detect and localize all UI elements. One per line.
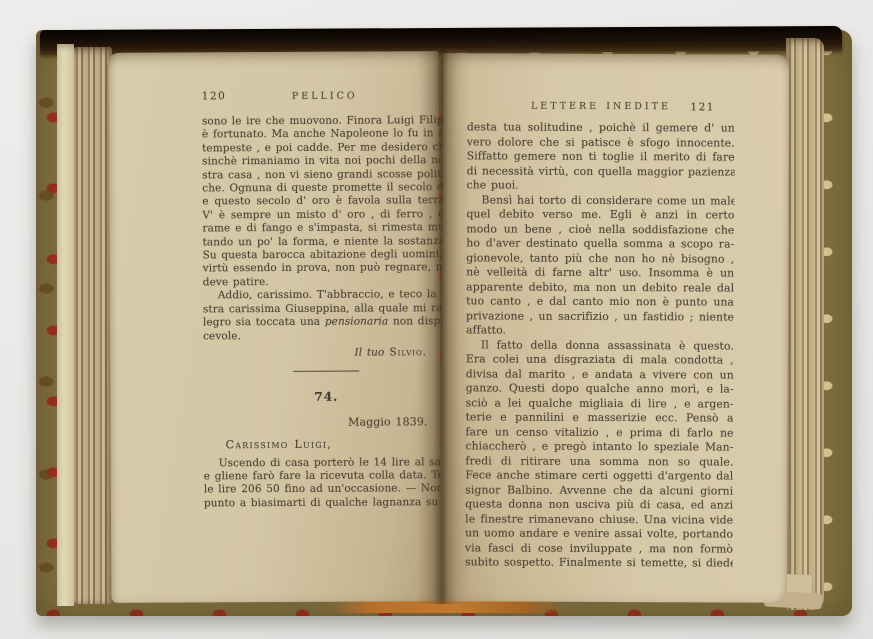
left-text-column: 120 PELLICO sono le ire che muovono. Fin… <box>202 89 450 510</box>
right-paragraph-3: Il fatto della donna assassinata è quest… <box>465 338 734 571</box>
text-line: Fece anche stimare certi oggetti d'argen… <box>465 468 733 484</box>
letter-date: Maggio 1839. <box>203 415 449 430</box>
text-line: modo un bene , cioè nella soddisfazione … <box>466 222 734 238</box>
text-line: divisa dal marito , e andata a vivere co… <box>466 367 734 383</box>
text-line: sinchè rimaniamo in vita noi pochi della… <box>202 154 448 169</box>
text-line: ho d'aver destinato quella somma a scopo… <box>466 236 734 252</box>
text-segment: legro sia toccata una <box>203 316 325 329</box>
signature-name: Silvio. <box>389 346 427 358</box>
text-line: via fasci di cose inviluppate , ma non f… <box>465 541 733 557</box>
text-line: di necessità virtù, con quella maggior p… <box>467 164 735 180</box>
text-line: punto a biasimarti di qualche lagnanza s… <box>204 496 450 511</box>
text-line: Il fatto della donna assassinata è quest… <box>466 338 734 354</box>
text-line: Bensì hai torto di considerare come un m… <box>467 193 735 209</box>
text-line: fare un censo vitalizio , e prima di far… <box>466 425 734 441</box>
right-text-column: LETTERE INEDITE 121 desta tua solitudine… <box>465 99 735 571</box>
right-page-number: 121 <box>690 100 715 115</box>
text-line: signor Balbino. Avvenne che da alcuni gi… <box>465 483 733 499</box>
right-page: LETTERE INEDITE 121 desta tua solitudine… <box>441 53 789 603</box>
text-line: e gliene farò fare la ricevuta colla dat… <box>204 469 450 484</box>
text-line: legro sia toccata una pensionaria non di… <box>203 315 449 330</box>
left-page-number: 120 <box>202 90 227 104</box>
right-paragraph-2: Bensì hai torto di considerare come un m… <box>466 193 735 339</box>
text-line: un uomo andare e venire assai volte, por… <box>465 526 733 542</box>
text-line: deve patire. <box>203 275 449 290</box>
text-line: rame e di fango e s'impasta, si rimesta … <box>202 221 448 236</box>
text-line: apparente debito, ma non un debito reale… <box>466 280 734 296</box>
text-line: Uscendo di casa porterò le 14 lire al sa… <box>204 456 450 471</box>
left-running-head: 120 PELLICO <box>202 89 448 103</box>
text-line: e questo secolo d' oro è favola sulla te… <box>202 195 448 210</box>
book-bottom-edge-accent <box>330 600 565 613</box>
text-line: le lire 206 50 fino ad un'occasione. — N… <box>204 482 450 497</box>
text-line: tuo canto , e dal canto mio non è punto … <box>466 294 734 310</box>
left-page: 120 PELLICO sono le ire che muovono. Fin… <box>109 51 442 603</box>
text-line: chiaccherò , e pregò intanto lo speziale… <box>465 439 733 455</box>
text-line: nè velleità di farne altr' uso. Insomma … <box>466 265 734 281</box>
text-line: stra carissima Giuseppina, alla quale mi… <box>203 302 449 317</box>
text-line: Siffatto gemere non ti toglie il merito … <box>467 149 735 165</box>
text-line: desta tua solitudine , poichè il gemere … <box>467 120 735 136</box>
text-line: le finestre rimanevano chiuse. Una vicin… <box>465 512 733 528</box>
text-line: gionevole, tanto più che non ho nè bisog… <box>466 251 734 267</box>
text-line: tempeste , e poi cadde. Per me desidero … <box>202 141 448 156</box>
text-line: tando un po' la forma, e niente la sosta… <box>203 235 449 250</box>
endpaper-edge <box>57 44 74 606</box>
text-line: che puoi. <box>467 178 735 194</box>
text-line: stra casa , non vi sieno grandi scosse p… <box>202 168 448 183</box>
text-line: ganzo. Questi dopo qualche anno morì, e … <box>466 381 734 397</box>
letter-73-paragraph-1: sono le ire che muovono. Finora Luigi Fi… <box>202 114 449 290</box>
text-line: fredi di ritirare una somma non so quale… <box>465 454 733 470</box>
book-top-edge <box>40 26 842 55</box>
text-line: Era colei una disgraziata di mala condot… <box>466 352 734 368</box>
text-line: Su questa barocca abitazione degli uomin… <box>203 248 449 263</box>
letter-signature: Il tuoSilvio. <box>203 346 449 361</box>
text-line: sciò a lei qualche migliaia di lire , e … <box>466 396 734 412</box>
text-line: che. Ognuna di queste promette il secolo… <box>202 181 448 196</box>
running-header-author: PELLICO <box>202 89 448 104</box>
text-line: sono le ire che muovono. Finora Luigi Fi… <box>202 114 448 129</box>
signature-closing: Il tuo <box>354 346 384 358</box>
letter-73-paragraph-2: Addio, carissimo. T'abbraccio, e teco la… <box>203 288 449 343</box>
text-line: virtù essendo in prova, non può regnare,… <box>203 262 449 277</box>
letter-number: 74. <box>203 390 449 405</box>
text-line: Addio, carissimo. T'abbraccio, e teco la… <box>203 288 449 303</box>
letter-74-paragraph-1: Uscendo di casa porterò le 14 lire al sa… <box>204 456 450 511</box>
text-line: quel debito verso me. Egli è anzi in cer… <box>466 207 734 223</box>
right-paragraph-1: desta tua solitudine , poichè il gemere … <box>467 120 735 194</box>
section-divider-rule <box>293 371 359 372</box>
text-line: è fortunato. Ma anche Napoleone lo fu in… <box>202 127 448 142</box>
left-page-edge-stack <box>74 47 112 604</box>
right-running-head: LETTERE INEDITE 121 <box>467 99 735 113</box>
italic-word: pensionaria <box>325 316 389 328</box>
text-line: cevole. <box>203 329 449 344</box>
right-fore-edge-stack <box>786 38 824 610</box>
text-line: affatto. <box>466 323 734 339</box>
text-line: questa donna non usciva più di casa, ed … <box>465 497 733 513</box>
text-line: terie e pannilini e masserizie ecc. Pens… <box>466 410 734 426</box>
text-line: vero dolore che si patisce è sfogo innoc… <box>467 135 735 151</box>
text-line: V' è sempre un misto d' oro , di ferro ,… <box>202 208 448 223</box>
open-book-photo: 120 PELLICO sono le ire che muovono. Fin… <box>0 0 873 639</box>
text-segment: non dispia- <box>388 315 449 327</box>
letter-salutation: Carissimo Luigi, <box>204 437 450 452</box>
text-line: privazione , un sacrifizio , un fastidio… <box>466 309 734 325</box>
text-line: subito sospetto. Finalmente si temette, … <box>465 555 733 571</box>
